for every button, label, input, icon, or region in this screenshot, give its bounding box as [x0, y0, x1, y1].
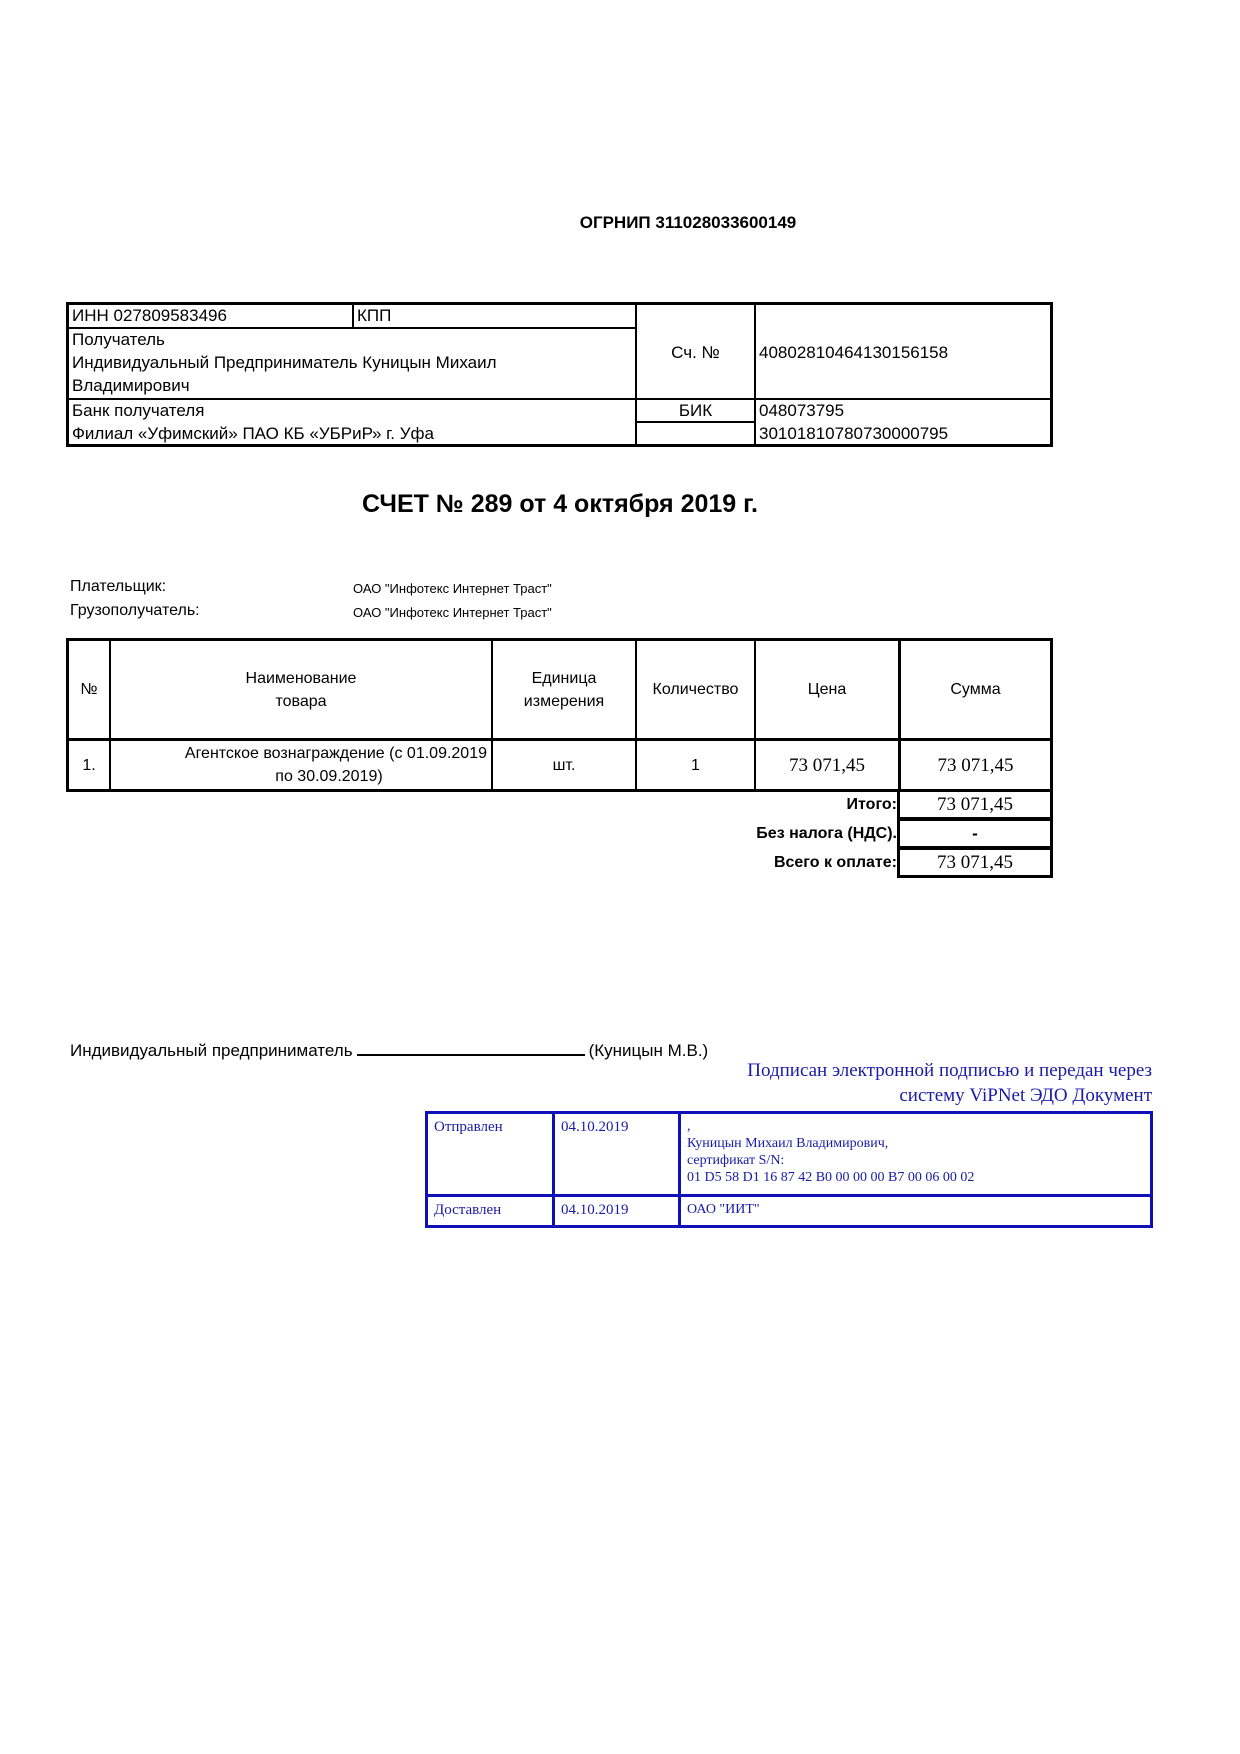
- account-number: 40802810464130156158: [756, 341, 948, 364]
- edo-stamp-table: Отправлен 04.10.2019 , Куницын Михаил Вл…: [425, 1111, 1153, 1228]
- header-name: Наименование товара: [111, 641, 491, 738]
- subtotal-label: Итого:: [847, 796, 897, 814]
- recipient-label: Получатель: [69, 328, 165, 351]
- edo-note-line1: Подписан электронной подписью и передан …: [747, 1060, 1152, 1082]
- row-name-line2: по 30.09.2019): [215, 765, 382, 788]
- header-name-line1: Наименование: [246, 667, 357, 690]
- edo-cert-label: сертификат S/N:: [687, 1152, 1144, 1169]
- row-unit: шт.: [493, 741, 635, 789]
- inn: ИНН 027809583496: [69, 304, 227, 327]
- consignee-label: Грузополучатель:: [70, 602, 200, 620]
- kpp-label: КПП: [354, 304, 391, 327]
- row-num: 1.: [69, 741, 109, 789]
- recipient-name-line1: Индивидуальный Предприниматель Куницын М…: [69, 351, 497, 374]
- vat-value: -: [897, 818, 1053, 849]
- payer-label: Плательщик:: [70, 578, 166, 596]
- edo-status-sent: Отправлен: [428, 1114, 552, 1140]
- row-name-line1: Агентское вознаграждение (с 01.09.2019: [185, 742, 487, 765]
- total-label: Всего к оплате:: [774, 854, 897, 872]
- signature-line: Индивидуальный предприниматель(Куницын М…: [70, 1040, 708, 1061]
- vat-label: Без налога (НДС).: [756, 825, 897, 843]
- signature-name: (Куницын М.В.): [589, 1041, 709, 1060]
- recipient-name-line2: Владимирович: [69, 374, 190, 397]
- edo-recipient: ОАО "ИИТ": [681, 1197, 1150, 1223]
- total-value: 73 071,45: [897, 847, 1053, 878]
- edo-sender-line1: ,: [687, 1118, 1144, 1135]
- header-qty: Количество: [637, 641, 754, 738]
- invoice-title: СЧЕТ № 289 от 4 октября 2019 г.: [0, 490, 1120, 519]
- edo-cert-serial: 01 D5 58 D1 16 87 42 B0 00 00 00 B7 00 0…: [687, 1169, 1144, 1186]
- edo-date-sent: 04.10.2019: [555, 1114, 678, 1140]
- bik-value: 048073795: [756, 399, 844, 422]
- divider: [69, 398, 1050, 400]
- bank-label: Банк получателя: [69, 399, 204, 422]
- bik-label: БИК: [637, 399, 754, 422]
- edo-sender-name: Куницын Михаил Владимирович,: [687, 1135, 1144, 1152]
- header-price: Цена: [756, 641, 898, 738]
- bank-details-table: ИНН 027809583496 КПП Получатель Индивиду…: [66, 302, 1053, 447]
- header-unit: Единица измерения: [493, 641, 635, 738]
- row-name: Агентское вознаграждение (с 01.09.2019 п…: [111, 741, 491, 789]
- edo-status-delivered: Доставлен: [428, 1197, 552, 1223]
- edo-date-delivered: 04.10.2019: [555, 1197, 678, 1223]
- signature-role: Индивидуальный предприниматель: [70, 1041, 353, 1060]
- payer-value: ОАО "Инфотекс Интернет Траст": [353, 581, 552, 596]
- corr-account: 30101810780730000795: [756, 422, 948, 445]
- row-sum: 73 071,45: [901, 741, 1050, 789]
- row-price: 73 071,45: [756, 741, 898, 789]
- ogrnip-text: ОГРНИП 311028033600149: [580, 213, 797, 232]
- consignee-value: ОАО "Инфотекс Интернет Траст": [353, 605, 552, 620]
- bank-name: Филиал «Уфимский» ПАО КБ «УБРиР» г. Уфа: [69, 422, 434, 445]
- header-unit-line2: измерения: [524, 690, 604, 713]
- header-sum: Сумма: [901, 641, 1050, 738]
- header-unit-line1: Единица: [532, 667, 597, 690]
- row-qty: 1: [637, 741, 754, 789]
- items-table: № Наименование товара Единица измерения …: [66, 638, 1053, 792]
- ogrnip-header: ОГРНИП 311028033600149: [0, 213, 1240, 233]
- divider: [635, 305, 637, 444]
- edo-note-line2: систему ViPNet ЭДО Документ: [899, 1085, 1152, 1107]
- header-name-line2: товара: [275, 690, 326, 713]
- edo-sender-details: , Куницын Михаил Владимирович, сертифика…: [681, 1114, 1150, 1190]
- header-num: №: [69, 641, 109, 738]
- subtotal-value: 73 071,45: [897, 789, 1053, 820]
- account-label: Сч. №: [637, 341, 754, 364]
- signature-underline: [357, 1040, 585, 1056]
